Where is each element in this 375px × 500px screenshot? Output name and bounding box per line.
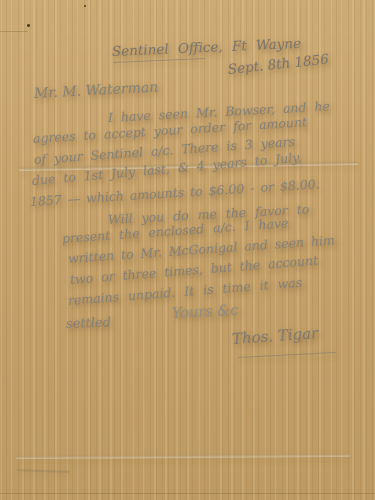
cardboard-seam — [0, 493, 375, 494]
cardboard-speck — [84, 5, 86, 7]
letter-paper: Sentinel Office, Ft Wayne Sept. 8th 1856… — [0, 0, 375, 500]
signature-underline — [238, 352, 336, 358]
letter-closing: Yours &c — [172, 303, 239, 322]
letter-salutation: Mr. M. Waterman — [34, 80, 159, 102]
cardboard-speck — [27, 24, 30, 27]
letter-date: Sept. 8th 1856 — [227, 51, 329, 77]
fold-crease — [16, 454, 352, 459]
photo-background: Sentinel Office, Ft Wayne Sept. 8th 1856… — [0, 0, 375, 500]
letter-body-line: settled — [66, 315, 111, 332]
letter-signature: Thos. Tigar — [231, 324, 318, 348]
cardboard-seam — [0, 31, 28, 32]
under-sheet-edge — [17, 469, 69, 473]
